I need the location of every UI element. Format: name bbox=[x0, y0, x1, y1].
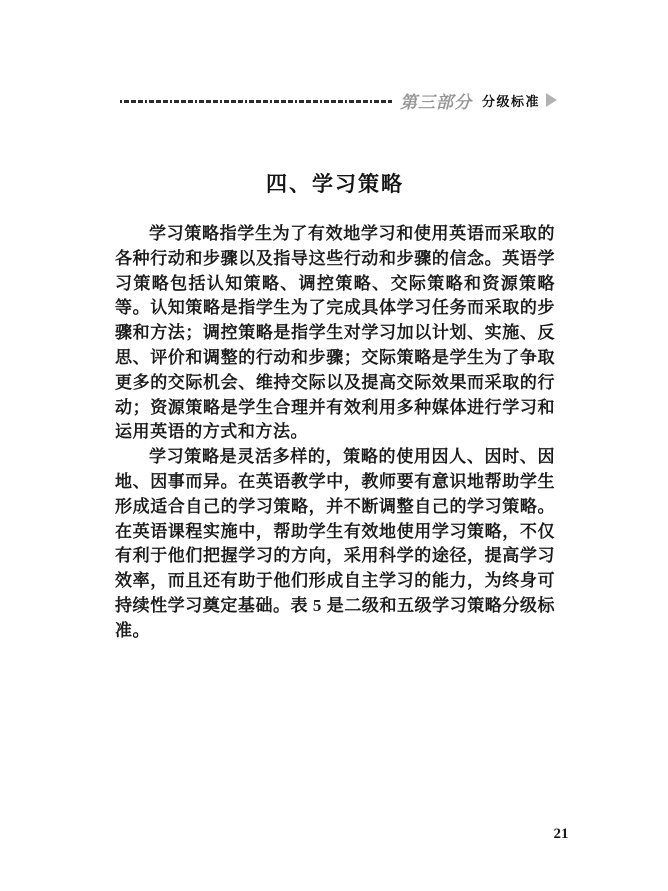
paragraph-1: 学习策略指学生为了有效地学习和使用英语而采取的各种行动和步骤以及指导这些行动和步… bbox=[115, 222, 555, 445]
paragraph-2: 学习策略是灵活多样的，策略的使用因人、因时、因地、因事而异。在英语教学中，教师要… bbox=[115, 445, 555, 643]
book-page: 第三部分 分级标准 四、学习策略 学习策略指学生为了有效地学习和使用英语而采取的… bbox=[0, 0, 668, 891]
body-text: 学习策略指学生为了有效地学习和使用英语而采取的各种行动和步骤以及指导这些行动和步… bbox=[115, 222, 555, 644]
triangle-right-icon bbox=[546, 93, 557, 107]
page-number: 21 bbox=[548, 826, 574, 843]
running-header: 第三部分 分级标准 bbox=[120, 90, 557, 110]
chapter-title: 四、学习策略 bbox=[115, 168, 555, 198]
dotted-rule bbox=[120, 100, 392, 103]
section-label: 第三部分 bbox=[400, 88, 472, 113]
section-title: 分级标准 bbox=[482, 91, 540, 110]
